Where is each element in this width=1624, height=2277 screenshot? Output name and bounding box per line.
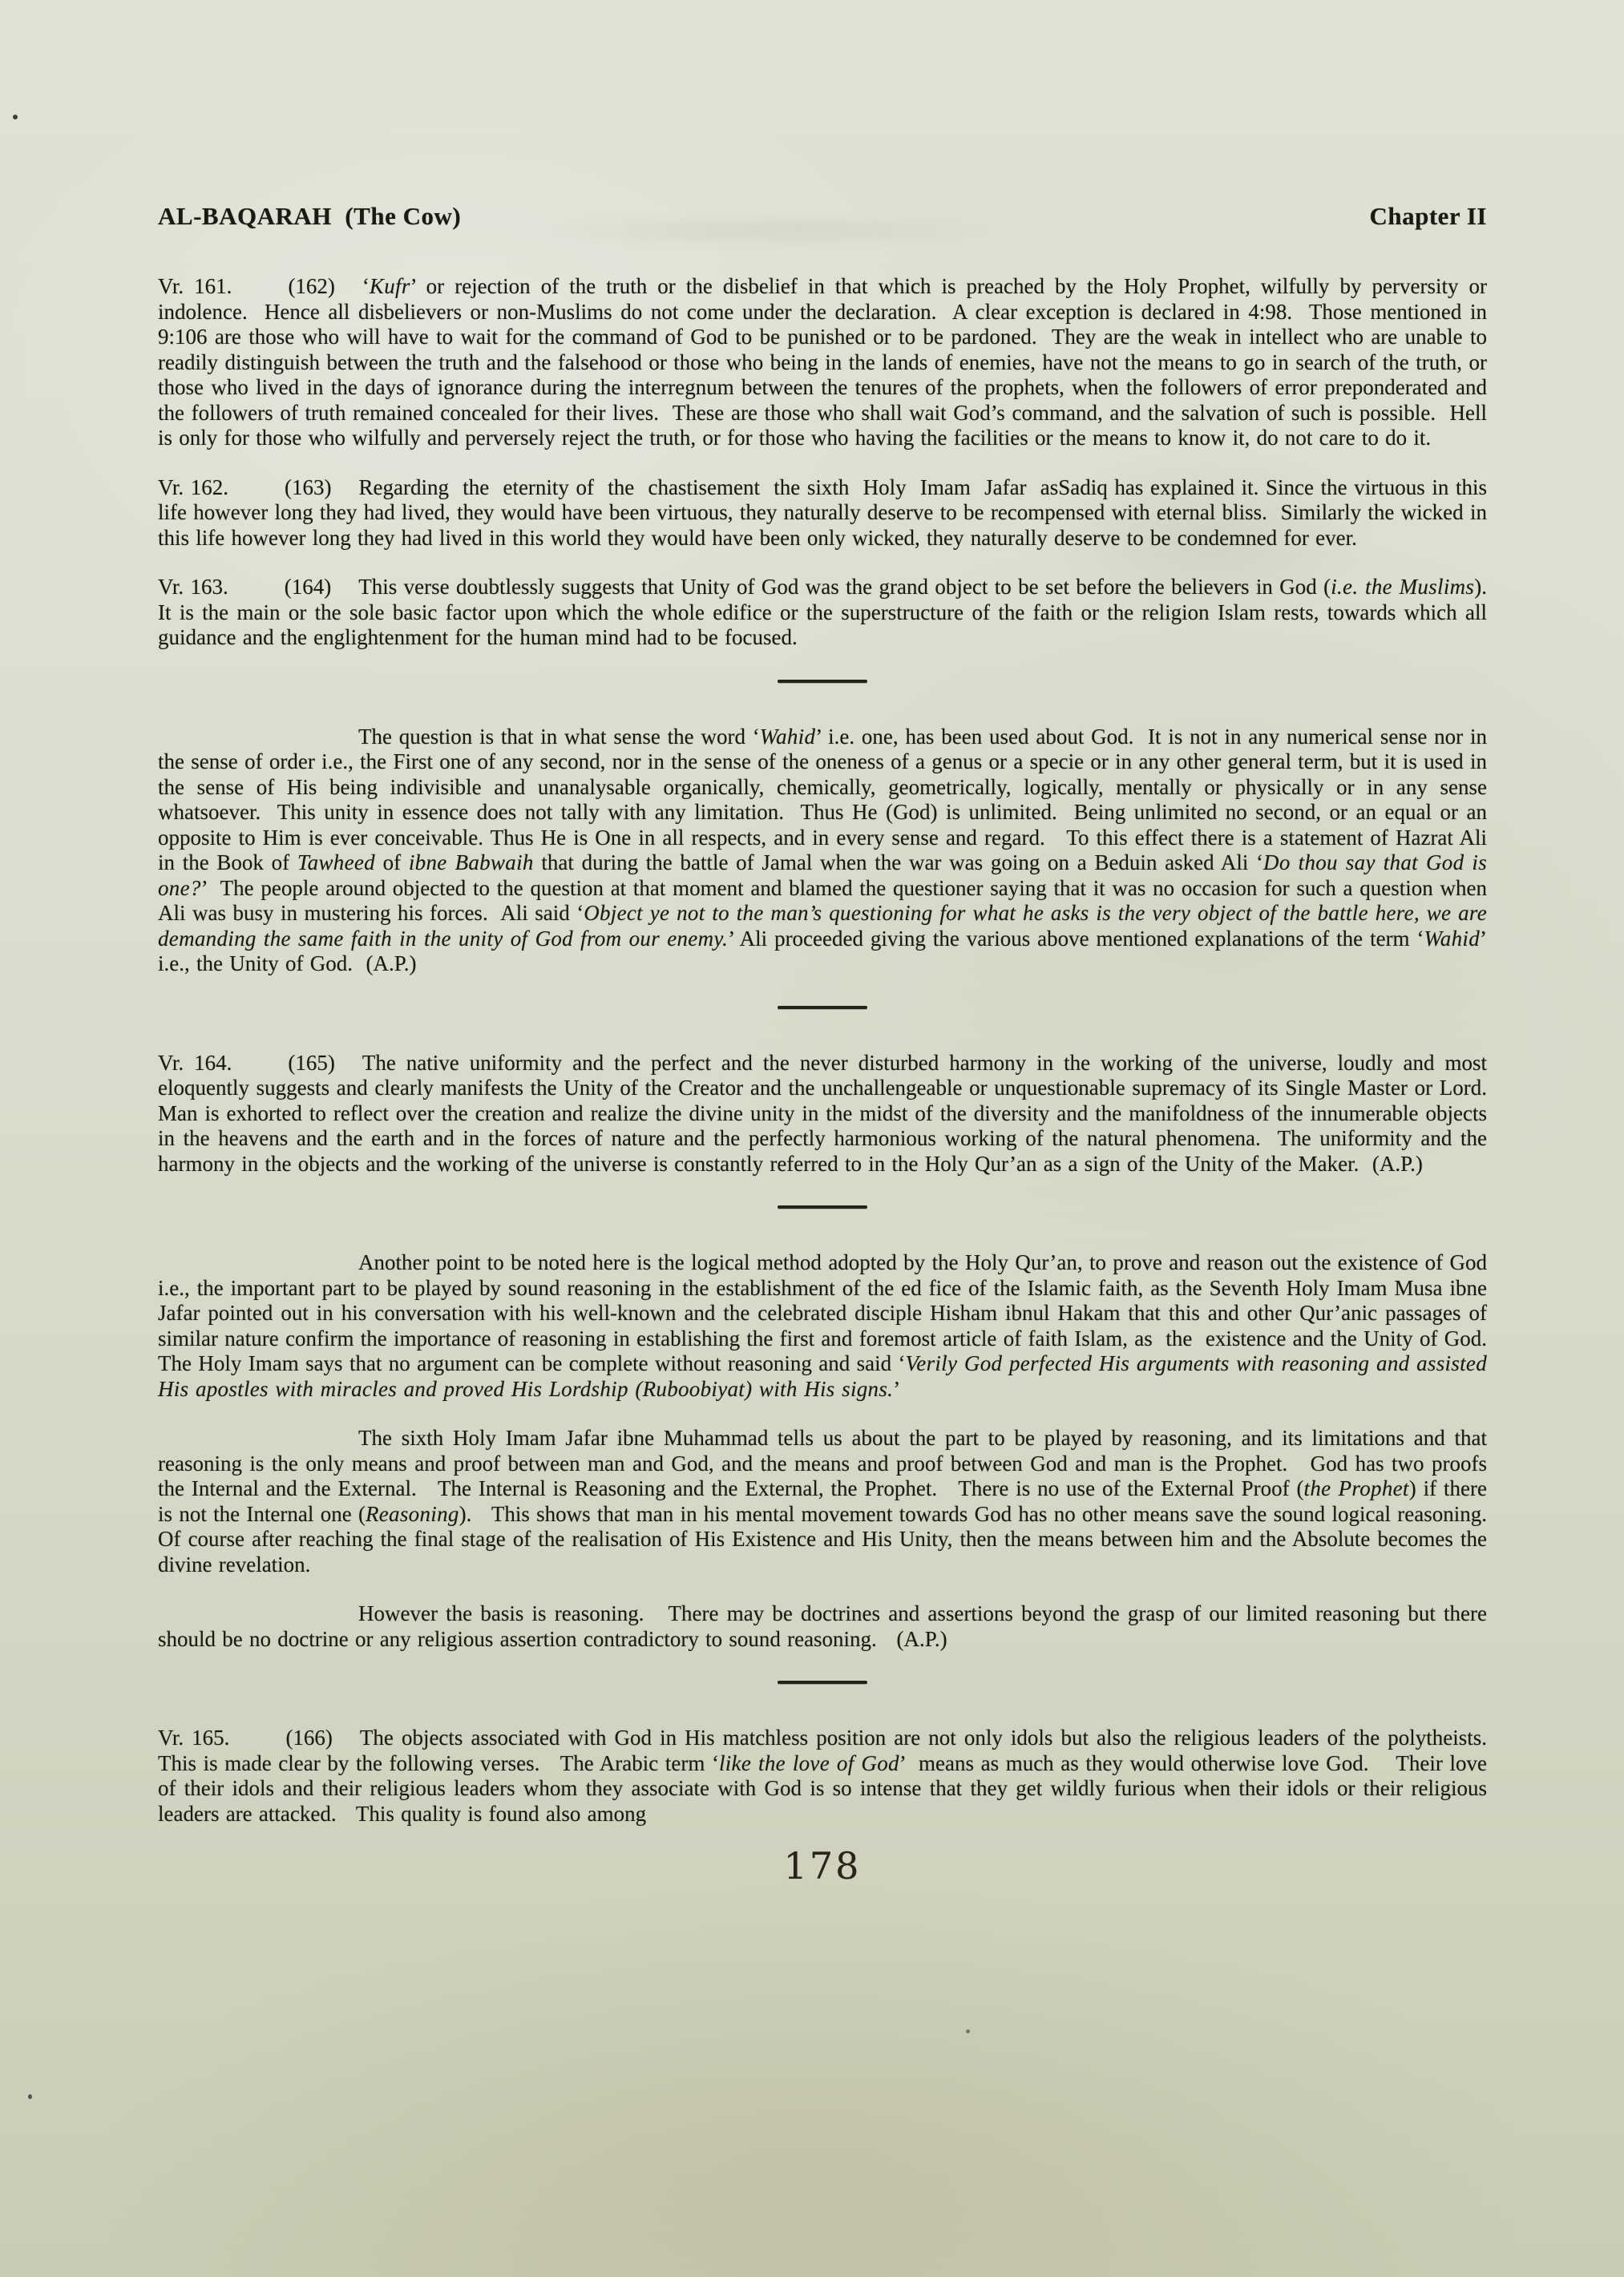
section-divider: [778, 1681, 867, 1684]
verse-paragraph: Vr. 162.(163)Regarding the eternity of t…: [158, 475, 1487, 551]
text-run: of: [375, 850, 409, 874]
italic-run: Tawheed: [297, 850, 375, 874]
commentary-paragraph: Another point to be noted here is the lo…: [158, 1250, 1487, 1402]
page-header: AL-BAQARAH (The Cow) Chapter II: [158, 202, 1487, 231]
commentary-paragraph: The sixth Holy Imam Jafar ibne Muhammad …: [158, 1426, 1487, 1577]
verse-label: Vr. 162.: [158, 475, 228, 499]
verse-paragraph: Vr. 165.(166)The objects associated with…: [158, 1726, 1487, 1827]
section-divider: [778, 680, 867, 683]
italic-run: Wahid: [760, 725, 816, 749]
section-divider: [778, 1205, 867, 1209]
ink-speck: [966, 2029, 970, 2033]
text-run: The sixth Holy Imam Jafar ibne Muhammad …: [158, 1426, 1493, 1500]
chapter-label: Chapter II: [1369, 202, 1487, 231]
italic-run: the Prophet: [1304, 1476, 1409, 1500]
ink-speck: [13, 115, 18, 119]
italic-run: ibne Babwaih: [409, 850, 534, 874]
verse-paragraph: Vr. 163.(164)This verse doubtlessly sugg…: [158, 575, 1487, 651]
page-number: 178: [158, 1844, 1487, 1887]
text-run: ’ or rejection of the truth or the disbe…: [158, 274, 1493, 450]
italic-run: i.e. the Muslims: [1331, 575, 1474, 599]
commentary-paragraph: The question is that in what sense the w…: [158, 725, 1487, 977]
text-run: that during the battle of Jamal when the…: [534, 850, 1263, 874]
verse-number: (164): [285, 575, 331, 599]
text-run: ’: [893, 1377, 900, 1401]
page-body: Vr. 161.(162)‘Kufr’ or rejection of the …: [158, 274, 1487, 1827]
verse-number: (162): [288, 274, 334, 298]
italic-run: Reasoning: [366, 1502, 459, 1526]
italic-run: Wahid: [1424, 927, 1480, 951]
text-run: ‘: [362, 274, 370, 298]
text-run: ’ Ali proceeded giving the various above…: [728, 927, 1424, 951]
text-run: Regarding the eternity of the chastiseme…: [158, 475, 1493, 550]
verse-label: Vr. 164.: [158, 1051, 232, 1075]
page-content: AL-BAQARAH (The Cow) Chapter II Vr. 161.…: [158, 202, 1487, 1887]
italic-run: like the love of God: [719, 1751, 899, 1775]
verse-label: Vr. 165.: [158, 1726, 229, 1750]
text-run: The question is that in what sense the w…: [358, 725, 760, 749]
verse-number: (165): [288, 1051, 334, 1075]
verse-label: Vr. 161.: [158, 274, 232, 298]
text-run: This verse doubtlessly suggests that Uni…: [358, 575, 1331, 599]
section-divider: [778, 1006, 867, 1009]
verse-paragraph: Vr. 161.(162)‘Kufr’ or rejection of the …: [158, 274, 1487, 451]
text-run: However the basis is reasoning. There ma…: [158, 1601, 1493, 1651]
verse-number: (163): [285, 475, 331, 499]
scanned-page: AL-BAQARAH (The Cow) Chapter II Vr. 161.…: [0, 0, 1624, 2277]
verse-number: (166): [285, 1726, 332, 1750]
running-title: AL-BAQARAH (The Cow): [158, 202, 461, 231]
text-run: The native uniformity and the perfect an…: [158, 1051, 1493, 1176]
ink-speck: [28, 2094, 32, 2099]
verse-label: Vr. 163.: [158, 575, 228, 599]
commentary-paragraph: However the basis is reasoning. There ma…: [158, 1601, 1487, 1652]
italic-run: Kufr: [370, 274, 410, 298]
verse-paragraph: Vr. 164.(165)The native uniformity and t…: [158, 1051, 1487, 1177]
